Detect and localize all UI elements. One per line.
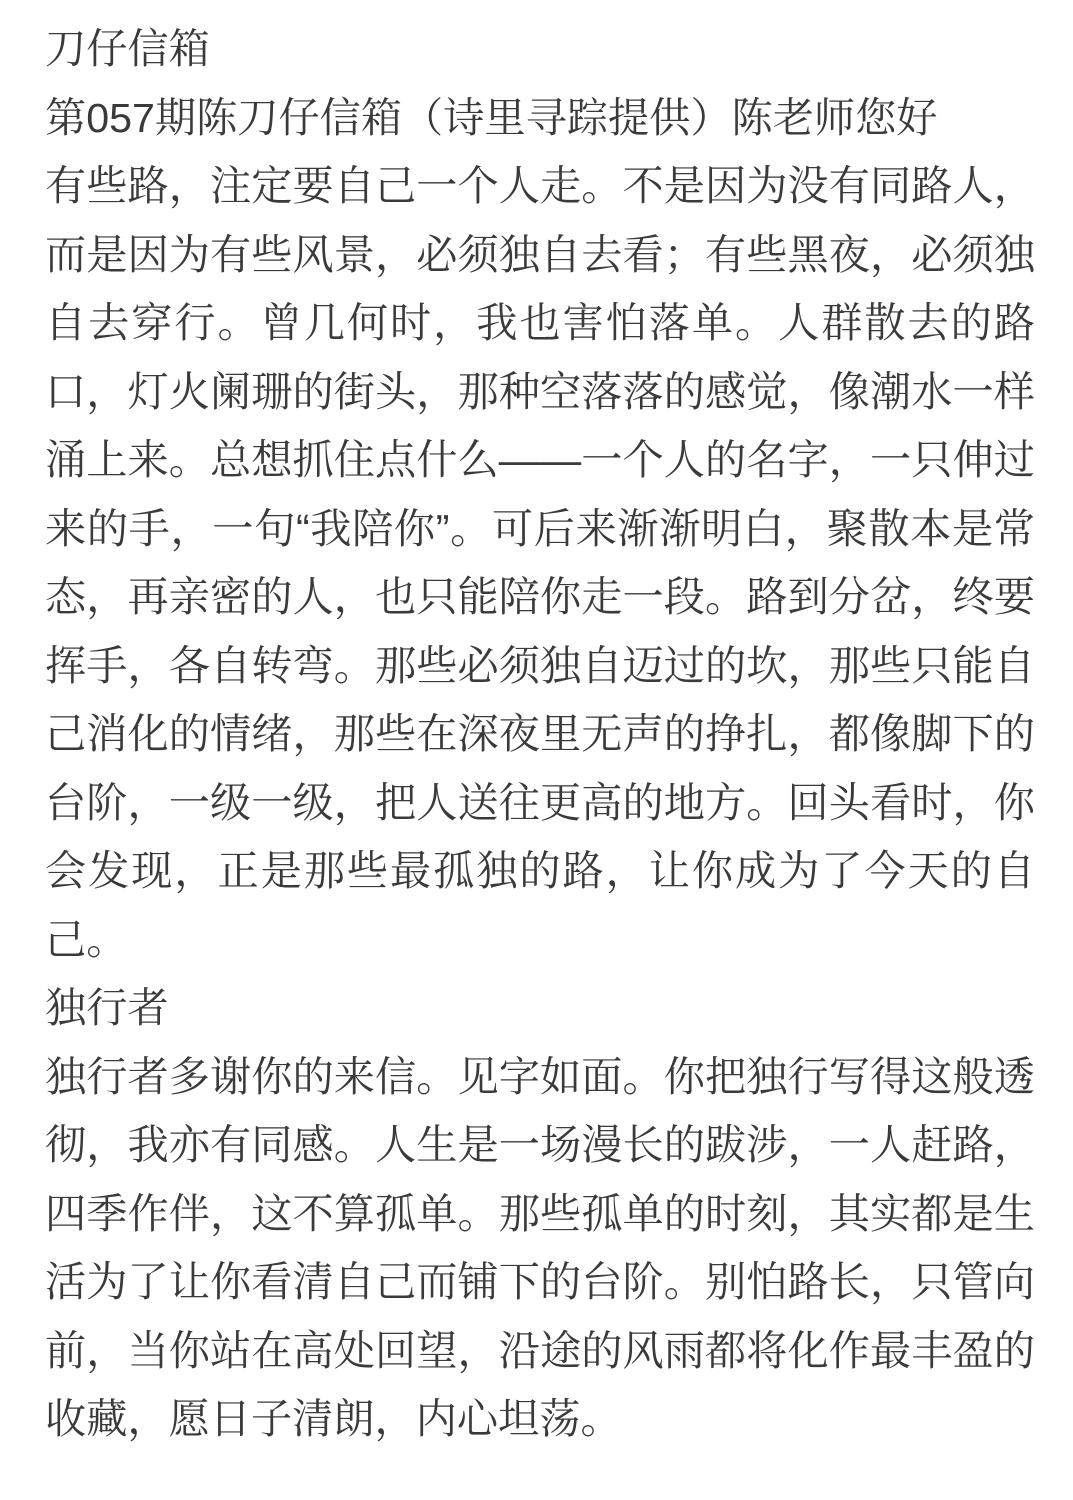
letter-line: 有些路，注定要自己一个人走。不是因为没有同路人， — [45, 152, 1035, 221]
article-title: 刀仔信箱 — [45, 15, 1035, 84]
reply-line: 活为了让你看清自己而铺下的台阶。别怕路长，只管向 — [45, 1248, 1035, 1317]
reply-line: 彻，我亦有同感。人生是一场漫长的跋涉，一人赶路， — [45, 1111, 1035, 1180]
letter-line: 会发现，正是那些最孤独的路，让你成为了今天的自 — [45, 837, 1035, 906]
letter-line: 来的手，一句“我陪你”。可后来渐渐明白，聚散本是常 — [45, 495, 1035, 564]
letter-line: 涌上来。总想抓住点什么——一个人的名字，一只伸过 — [45, 426, 1035, 495]
reply-line: 四季作伴，这不算孤单。那些孤单的时刻，其实都是生 — [45, 1180, 1035, 1249]
letter-line: 台阶，一级一级，把人送往更高的地方。回头看时，你 — [45, 769, 1035, 838]
issue-heading: 第057期陈刀仔信箱（诗里寻踪提供）陈老师您好 — [45, 84, 1035, 153]
letter-line: 自去穿行。曾几何时，我也害怕落单。人群散去的路 — [45, 289, 1035, 358]
letter-line: 态，再亲密的人，也只能陪你走一段。路到分岔，终要 — [45, 563, 1035, 632]
reply-line: 独行者多谢你的来信。见字如面。你把独行写得这般透 — [45, 1043, 1035, 1112]
letter-signature: 独行者 — [45, 974, 1035, 1043]
letter-line: 己。 — [45, 906, 1035, 975]
reply-line: 收藏，愿日子清朗，内心坦荡。 — [45, 1385, 1035, 1454]
article-body: 刀仔信箱第057期陈刀仔信箱（诗里寻踪提供）陈老师您好有些路，注定要自己一个人走… — [0, 0, 1073, 1454]
letter-line: 己消化的情绪，那些在深夜里无声的挣扎，都像脚下的 — [45, 700, 1035, 769]
letter-line: 口，灯火阑珊的街头，那种空落落的感觉，像潮水一样 — [45, 358, 1035, 427]
letter-line: 挥手，各自转弯。那些必须独自迈过的坎，那些只能自 — [45, 632, 1035, 701]
reply-line: 前，当你站在高处回望，沿途的风雨都将化作最丰盈的 — [45, 1317, 1035, 1386]
letter-line: 而是因为有些风景，必须独自去看；有些黑夜，必须独 — [45, 221, 1035, 290]
